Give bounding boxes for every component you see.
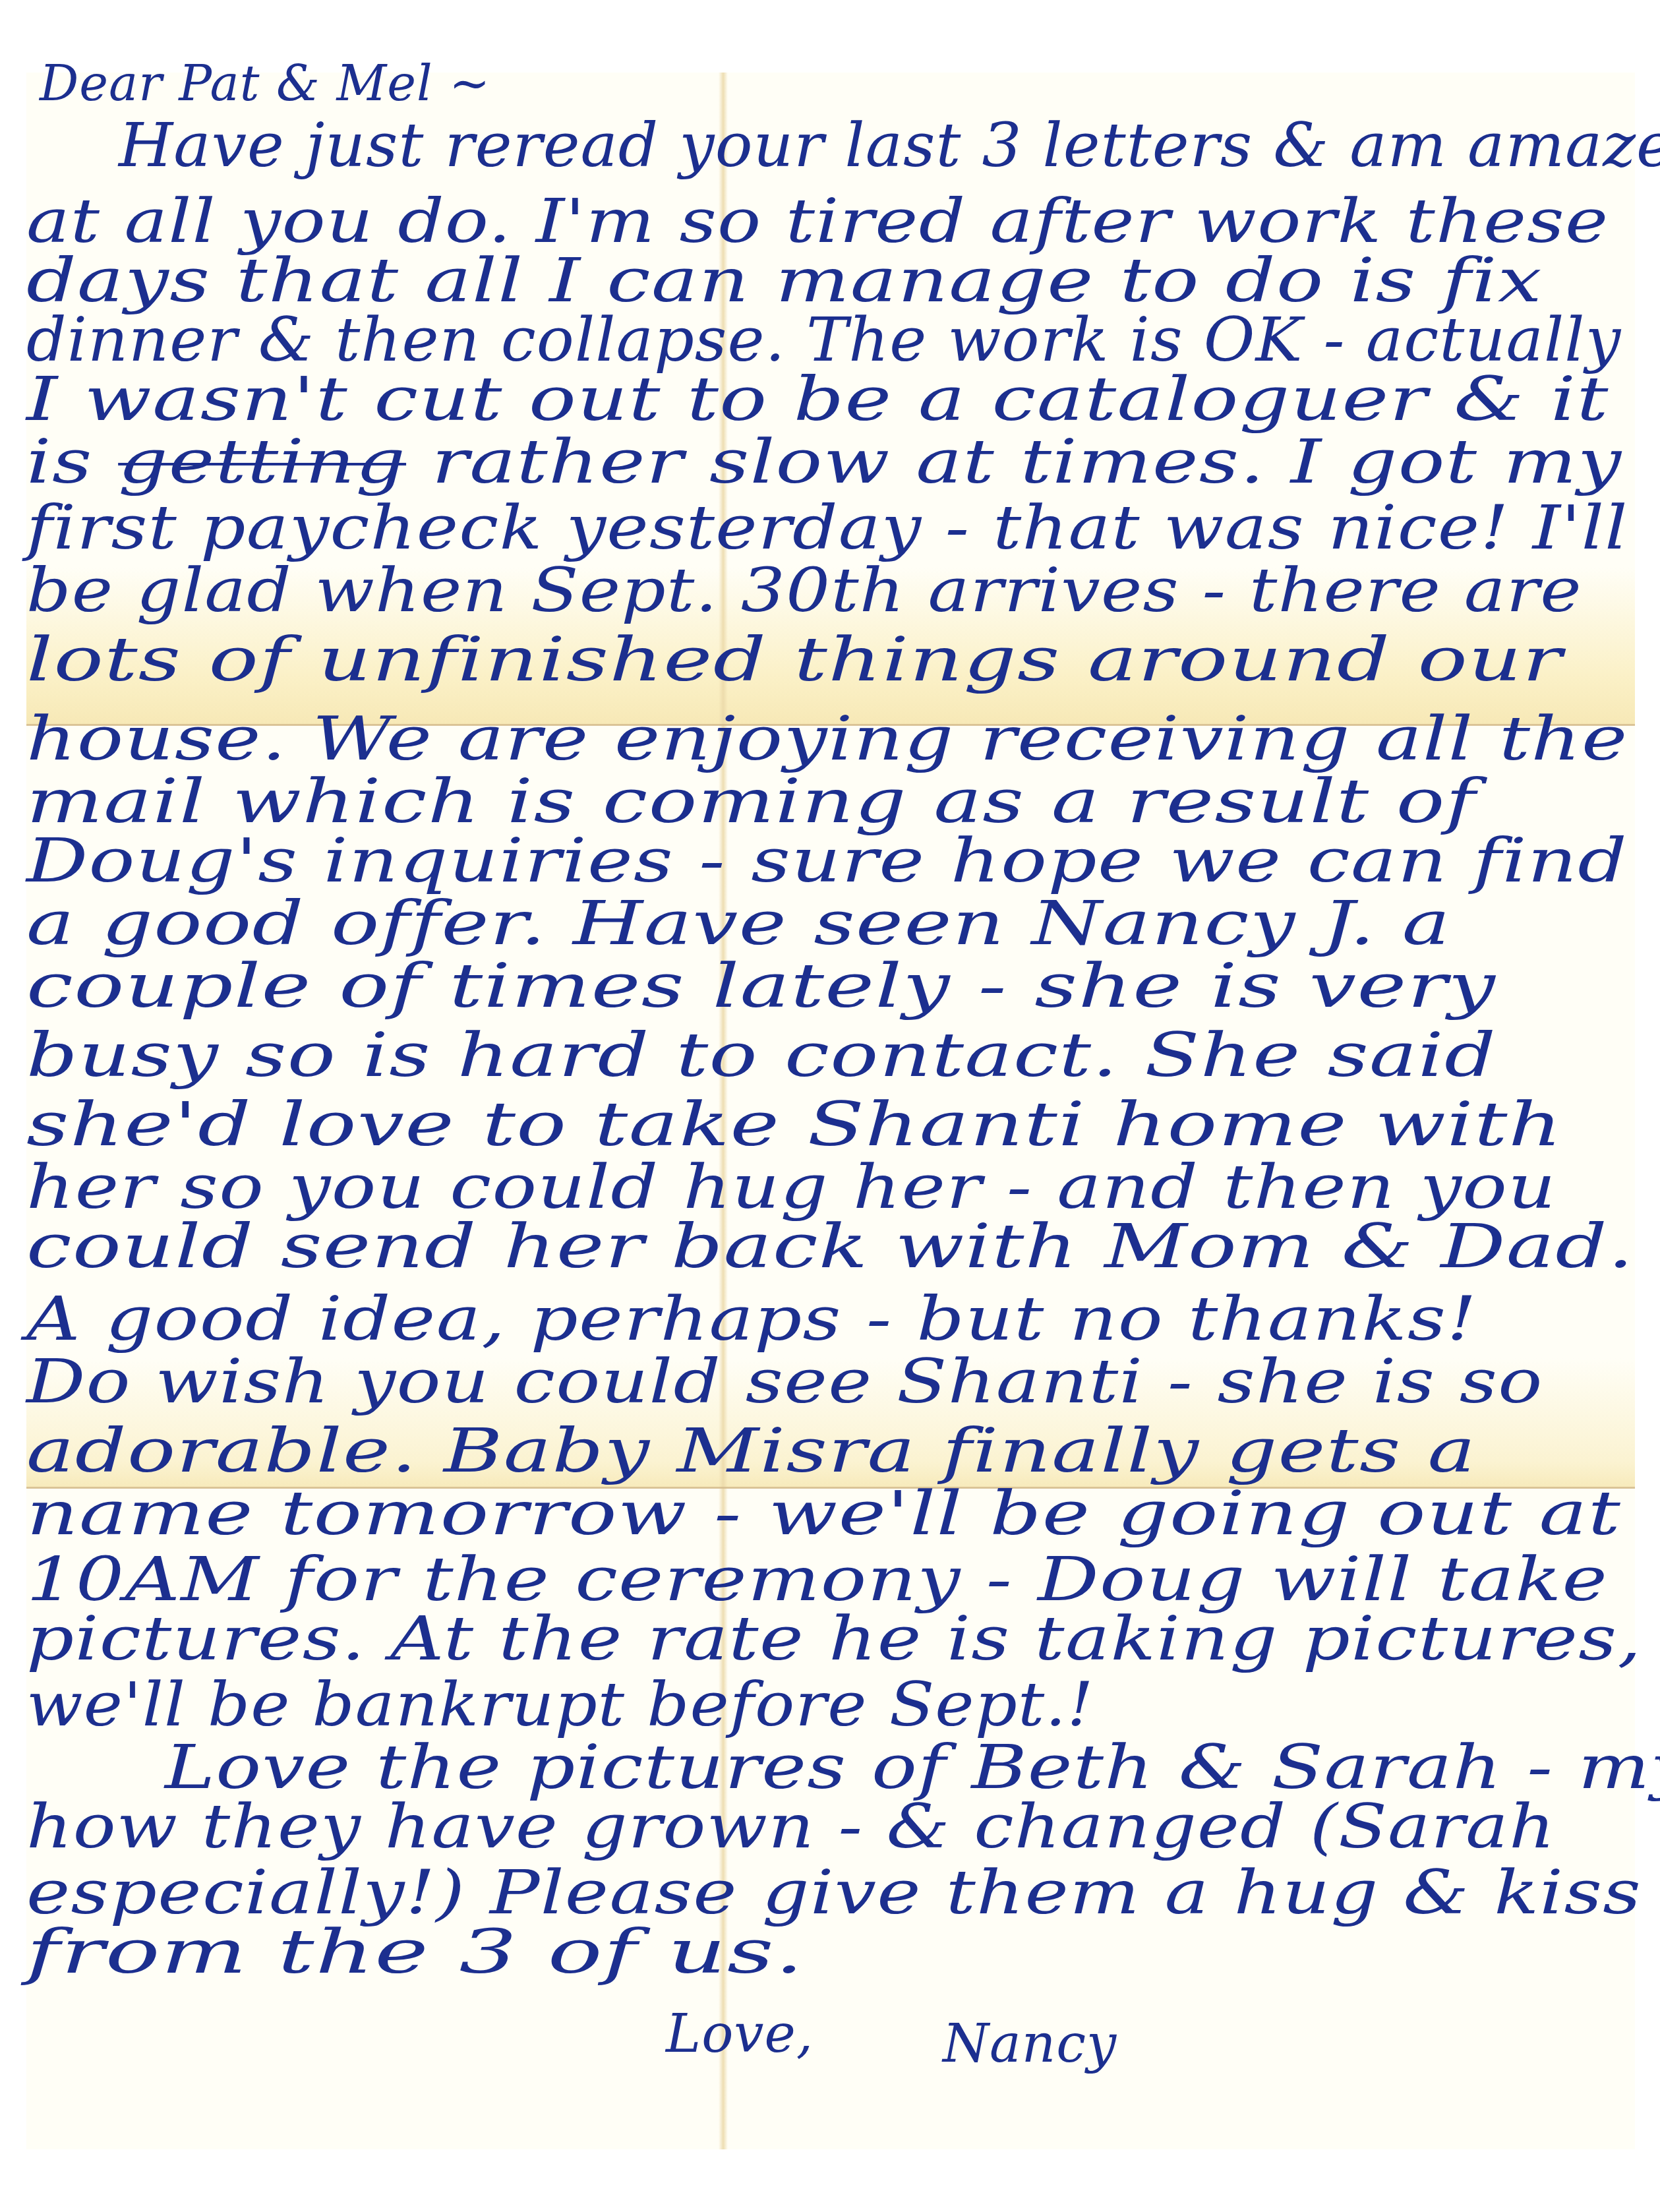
letter-line: couple of times lately - she is very [26,956,1496,1017]
letter-line: Love the pictures of Beth & Sarah - my [165,1737,1660,1798]
letter-line: busy so is hard to contact. She said [26,1025,1497,1086]
line-text: is [26,427,118,497]
letter-line: is getting rather slow at times. I got m… [26,432,1622,493]
letter-line: I wasn't cut out to be a cataloguer & it [26,369,1609,430]
signature: Nancy [943,2018,1117,2070]
letter-line: 10AM for the ceremony - Doug will take [26,1549,1608,1610]
letter-line: her so you could hug her - and then you [26,1157,1556,1218]
salutation: Dear Pat & Mel ~ [40,59,490,108]
letter-line: be glad when Sept. 30th arrives - there … [26,560,1582,621]
letter-line: dinner & then collapse. The work is OK -… [26,310,1621,371]
letter-line: adorable. Baby Misra finally gets a [26,1421,1476,1481]
letter-line: especially!) Please give them a hug & ki… [26,1863,1642,1923]
letter-line: pictures. At the rate he is taking pictu… [26,1609,1642,1669]
letter-line: from the 3 of us. [26,1922,804,1983]
letter-line: at all you do. I'm so tired after work t… [26,191,1609,252]
letter-line: name tomorrow - we'll be going out at [26,1483,1621,1544]
letter-line: first paycheck yesterday - that was nice… [26,498,1628,558]
letter-line: could send her back with Mom & Dad. [26,1216,1634,1277]
letter-line: A good idea, perhaps - but no thanks! [26,1289,1477,1350]
struck-word: getting [118,427,406,497]
letter-line: a good offer. Have seen Nancy J. a [26,893,1451,954]
letter-line: house. We are enjoying receiving all the [26,709,1628,769]
letter-line: she'd love to take Shanti home with [26,1094,1562,1155]
closing: Love, [666,2008,814,2060]
letter-line: Have just reread your last 3 letters & a… [119,115,1660,176]
letter-line: lots of unfinished things around our [26,630,1563,690]
letter-line: Do wish you could see Shanti - she is so [26,1352,1543,1412]
letter-line: how they have grown - & changed (Sarah [26,1797,1556,1857]
letter-line: days that all I can manage to do is fix [26,251,1543,311]
letter-line: mail which is coming as a result of [26,771,1476,832]
letter-line: we'll be bankrupt before Sept.! [26,1675,1094,1735]
line-text: rather slow at times. I got my [406,427,1622,497]
letter-line: Doug's inquiries - sure hope we can find [26,831,1628,891]
